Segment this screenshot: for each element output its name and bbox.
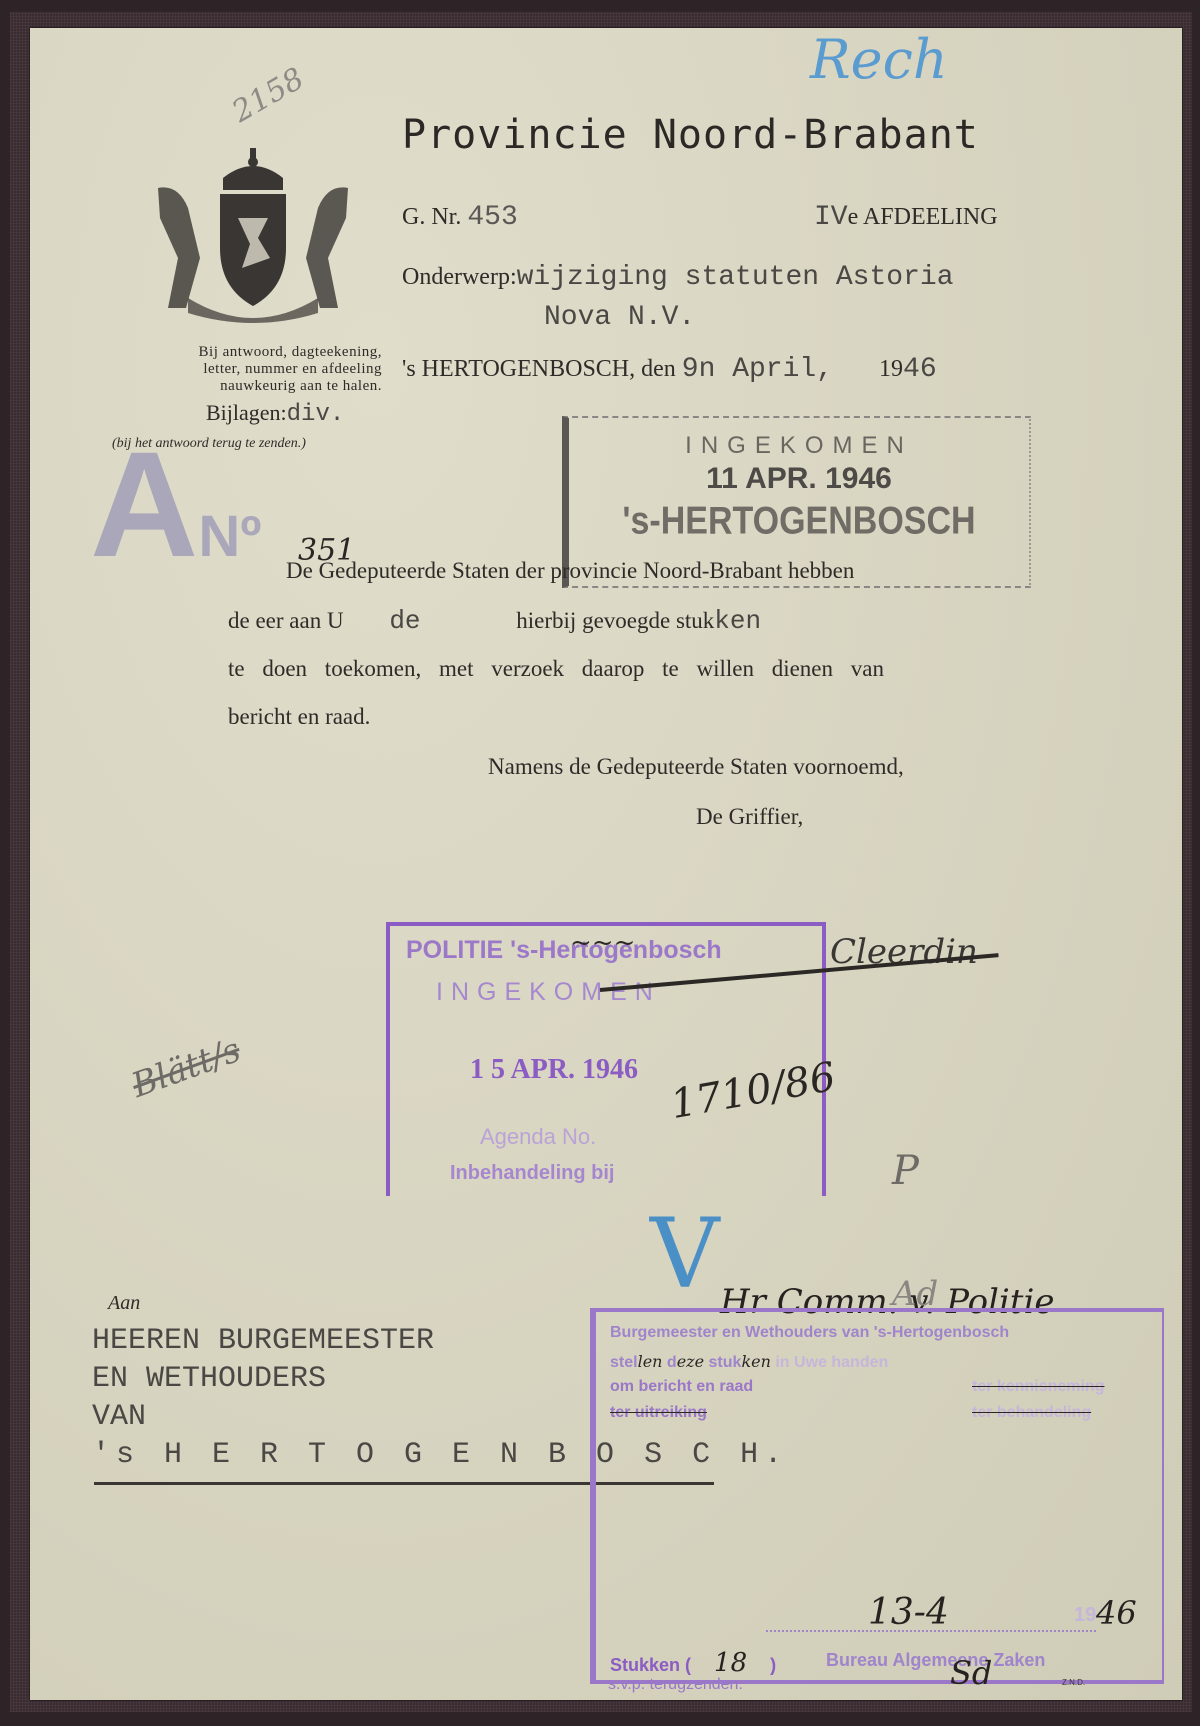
stamp-politie-ingekomen: INGEKOMEN <box>436 978 661 1007</box>
g-nr-field: G. Nr. 453 <box>402 202 518 233</box>
year-prefix: 19 <box>879 356 903 382</box>
document-page: 2158 Rech Bij antwoord, dagteekening, le… <box>30 28 1182 1700</box>
stamp-bw-year-print: 19 <box>1074 1604 1096 1627</box>
place-date-line: 's HERTOGENBOSCH, den 9n April, 1946 <box>402 354 937 385</box>
a-no-stamp: ANº <box>90 418 261 591</box>
onderwerp-line2: Nova N.V. <box>544 302 695 333</box>
date-day-month: 9n April, <box>682 354 833 385</box>
body-line-1: De Gedeputeerde Staten der provincie Noo… <box>286 558 854 584</box>
g-nr-label: G. Nr. <box>402 204 461 230</box>
body-line-4: bericht en raad. <box>228 704 370 730</box>
closing-line: Namens de Gedeputeerde Staten voornoemd, <box>488 754 904 780</box>
typed-insert-ken: ken <box>714 606 761 636</box>
typed-insert-de: de <box>389 606 420 636</box>
stamp-bw-line3: om bericht en raad <box>610 1378 753 1396</box>
no-stamp-label: Nº <box>198 504 261 569</box>
g-nr-value: 453 <box>467 202 517 233</box>
place-label: 's HERTOGENBOSCH, den <box>402 356 676 382</box>
signatory-title: De Griffier, <box>696 804 803 830</box>
stukken-count: 18 <box>714 1648 747 1678</box>
stamp-politie-inbehandeling: Inbehandeling bij <box>450 1162 614 1185</box>
stamp-bw-initials: Sd <box>950 1654 992 1692</box>
a-stamp-letter: A <box>90 420 198 588</box>
stamp-bw-year-handwritten: 46 <box>1096 1594 1137 1632</box>
stamp-bw-uitreiking: ter uitreiking <box>610 1404 707 1422</box>
reply-instruction: Bij antwoord, dagteekening, letter, numm… <box>118 344 382 395</box>
stamp-bw-kennisneming: ter kennisneming <box>972 1378 1104 1396</box>
stamp-bw-stukken: Stukken ( 18 ) <box>610 1648 776 1678</box>
stamp-burgemeester-wethouders: Burgemeester en Wethouders van 's-Hertog… <box>590 1308 1164 1684</box>
blue-pencil-annotation: Rech <box>810 28 948 91</box>
stamp-bw-line1: Burgemeester en Wethouders van 's-Hertog… <box>610 1324 1009 1342</box>
pencil-annotation-top: 2158 <box>226 61 310 129</box>
letterhead-title: Provincie Noord-Brabant <box>402 112 979 158</box>
stamp-politie-header: POLITIE 's-Hertogenbosch <box>406 936 722 965</box>
struck-pencil-note: Blätt/s <box>127 1030 246 1106</box>
afdeeling-field: IVe AFDEELING <box>814 202 998 233</box>
onderwerp-label: Onderwerp: <box>402 264 517 290</box>
onderwerp-line1: wijziging statuten Astoria <box>517 262 954 293</box>
afdeeling-numeral: IV <box>814 202 848 233</box>
body-line-2: de eer aan U de hierbij gevoegde stukken <box>228 606 761 636</box>
addressee-line-2: EN WETHOUDERS <box>92 1362 326 1396</box>
addressee-aan: Aan <box>108 1292 140 1315</box>
stamp-ingekomen-place: 's-HERTOGENBOSCH <box>569 499 1029 544</box>
stamp-bw-date-handwritten: 13-4 <box>868 1592 949 1633</box>
addressee-line-1: HEEREN BURGEMEESTER <box>92 1324 434 1358</box>
printer-mark: Z.N.D. <box>1062 1678 1085 1687</box>
afdeeling-label: e AFDEELING <box>848 204 998 230</box>
stamp-ingekomen-label: INGEKOMEN <box>569 432 1029 460</box>
stamp-bw-line2: stellen deze stukken in Uwe handen <box>610 1352 888 1372</box>
body-line-3: te doen toekomen, met verzoek daarop te … <box>228 656 884 682</box>
stamp-ingekomen-date: 11 APR. 1946 <box>569 462 1029 496</box>
bijlagen-value: div. <box>287 401 345 428</box>
stamp-bw-behandeling: ter behandeling <box>972 1404 1091 1422</box>
stamp-politie-date: 1 5 APR. 1946 <box>470 1054 638 1086</box>
struck-signature: ~~~ <box>570 928 635 958</box>
addressee-line-3: VAN <box>92 1400 146 1434</box>
stamp-bw-bureau: Bureau Algemeene Zaken <box>826 1650 1045 1671</box>
onderwerp-field: Onderwerp:wijziging statuten Astoria <box>402 262 954 293</box>
stamp-politie-agenda: Agenda No. <box>480 1124 596 1150</box>
stamp-bw-terugzenden: s.v.p. terugzenden. <box>608 1676 743 1694</box>
year-suffix: 46 <box>903 354 937 385</box>
blue-check-mark: V <box>650 1198 719 1310</box>
stamp-politie: POLITIE 's-Hertogenbosch INGEKOMEN 1 5 A… <box>386 922 826 1196</box>
pencil-p-mark: P <box>892 1148 919 1194</box>
coat-of-arms-icon <box>138 148 368 328</box>
